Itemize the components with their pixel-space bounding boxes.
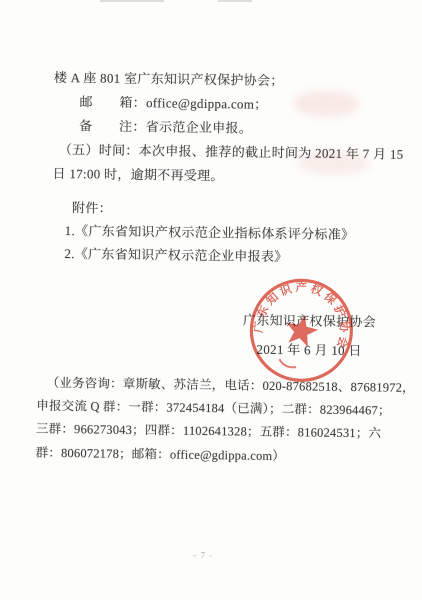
seal-bottom-mark [278,359,297,368]
scanned-content: 楼 A 座 801 室广东知识产权保护协会； 邮 箱：office@gdippa… [0,0,422,600]
body-line-deadline-cont: 日 17:00 时，逾期不再受理。 [52,162,403,191]
page-number: - 7 - [0,547,414,563]
attachments-block: 附件： 1.《广东省知识产权示范企业指标体系评分标准》 2.《广东省知识产权示范… [51,196,355,269]
seal-star-icon [282,311,320,348]
document-page: 楼 A 座 801 室广东知识产权保护协会； 邮 箱：office@gdippa… [0,0,422,600]
body-text-block: 楼 A 座 801 室广东知识产权保护协会； 邮 箱：office@gdippa… [52,66,404,191]
contact-info-block: （业务咨询：章斯敏、苏洁兰，电话：020-87682518、87681972， … [35,372,414,470]
